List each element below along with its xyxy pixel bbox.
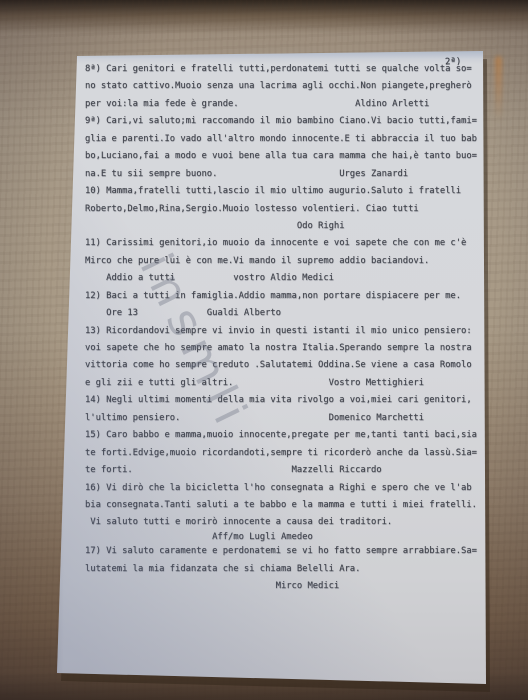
typewritten-line: te forti.Edvige,muoio ricordandoti,sempr… [85, 445, 490, 462]
typewritten-text: 8ª) Cari genitori e fratelli tutti,perdo… [85, 61, 490, 596]
typewritten-line: lutatemi la mia fidanzata che si chiama … [85, 561, 490, 578]
typewritten-line: Ore 13 Gualdi Alberto [85, 305, 490, 322]
typewritten-line: Mirco Medici [85, 578, 490, 595]
typewritten-line: 15) Caro babbo e mamma,muoio innocente,p… [85, 427, 490, 444]
typewritten-line: e gli zii e tutti gli altri. Vostro Mett… [85, 375, 490, 392]
typewritten-line: 11) Carissimi genitori,io muoio da innoc… [85, 235, 490, 252]
typewritten-line: Roberto,Delmo,Rina,Sergio.Muoio lostesso… [85, 201, 490, 218]
desk-wood-mark [495, 56, 502, 122]
typewritten-line: glia e parenti.Io vado all'altro mondo i… [85, 131, 490, 148]
typewritten-line: 8ª) Cari genitori e fratelli tutti,perdo… [85, 61, 490, 78]
typewritten-line: 14) Negli ultimi momenti della mia vita … [85, 392, 490, 409]
typewritten-line: na.E tu sii sempre buono. Urges Zanardi [85, 166, 490, 183]
typewritten-line: bia consegnata.Tanti saluti a te babbo e… [85, 497, 490, 514]
typewritten-line: Odo Righi [85, 218, 490, 235]
typewritten-line: 12) Baci a tutti in famiglia.Addio mamma… [85, 288, 490, 305]
typewritten-line: Vi saluto tutti e morirò innocente a cau… [85, 514, 490, 531]
typewritten-line: 17) Vi saluto caramente e perdonatemi se… [85, 543, 490, 560]
typewritten-line: voi sapete che ho sempre amato la nostra… [85, 340, 490, 357]
typewritten-line: bo,Luciano,fai a modo e vuoi bene alla t… [85, 148, 490, 165]
photographed-document: 2ª) 8ª) Cari genitori e fratelli tutti,p… [0, 0, 528, 700]
typewritten-line: l'ultimo pensiero. Domenico Marchetti [85, 410, 490, 427]
typewritten-line: Addio a tutti vostro Aldio Medici [85, 270, 490, 287]
typewritten-line: no stato cattivo.Muoio senza una lacrima… [85, 78, 490, 95]
typewritten-line: Mirco che pure lui è con me.Vi mando il … [85, 253, 490, 270]
typewritten-line: 13) Ricordandovi sempre vi invio in ques… [85, 323, 490, 340]
typewritten-line: 9ª) Cari,vi saluto;mi raccomando il mio … [85, 113, 490, 130]
typewritten-line: vittoria come ho sempre creduto .Salutat… [85, 357, 490, 374]
typewritten-line: 16) Vi dirò che la bicicletta l'ho conse… [85, 480, 490, 497]
typewritten-line: per voi:la mia fede è grande. Aldino Arl… [85, 96, 490, 113]
document-page: 2ª) 8ª) Cari genitori e fratelli tutti,p… [50, 45, 496, 693]
typewritten-line: te forti. Mazzelli Riccardo [85, 462, 490, 479]
typewritten-line: 10) Mamma,fratelli tutti,lascio il mio u… [85, 183, 490, 200]
typewritten-line: Aff/mo Lugli Amedeo [85, 532, 490, 544]
